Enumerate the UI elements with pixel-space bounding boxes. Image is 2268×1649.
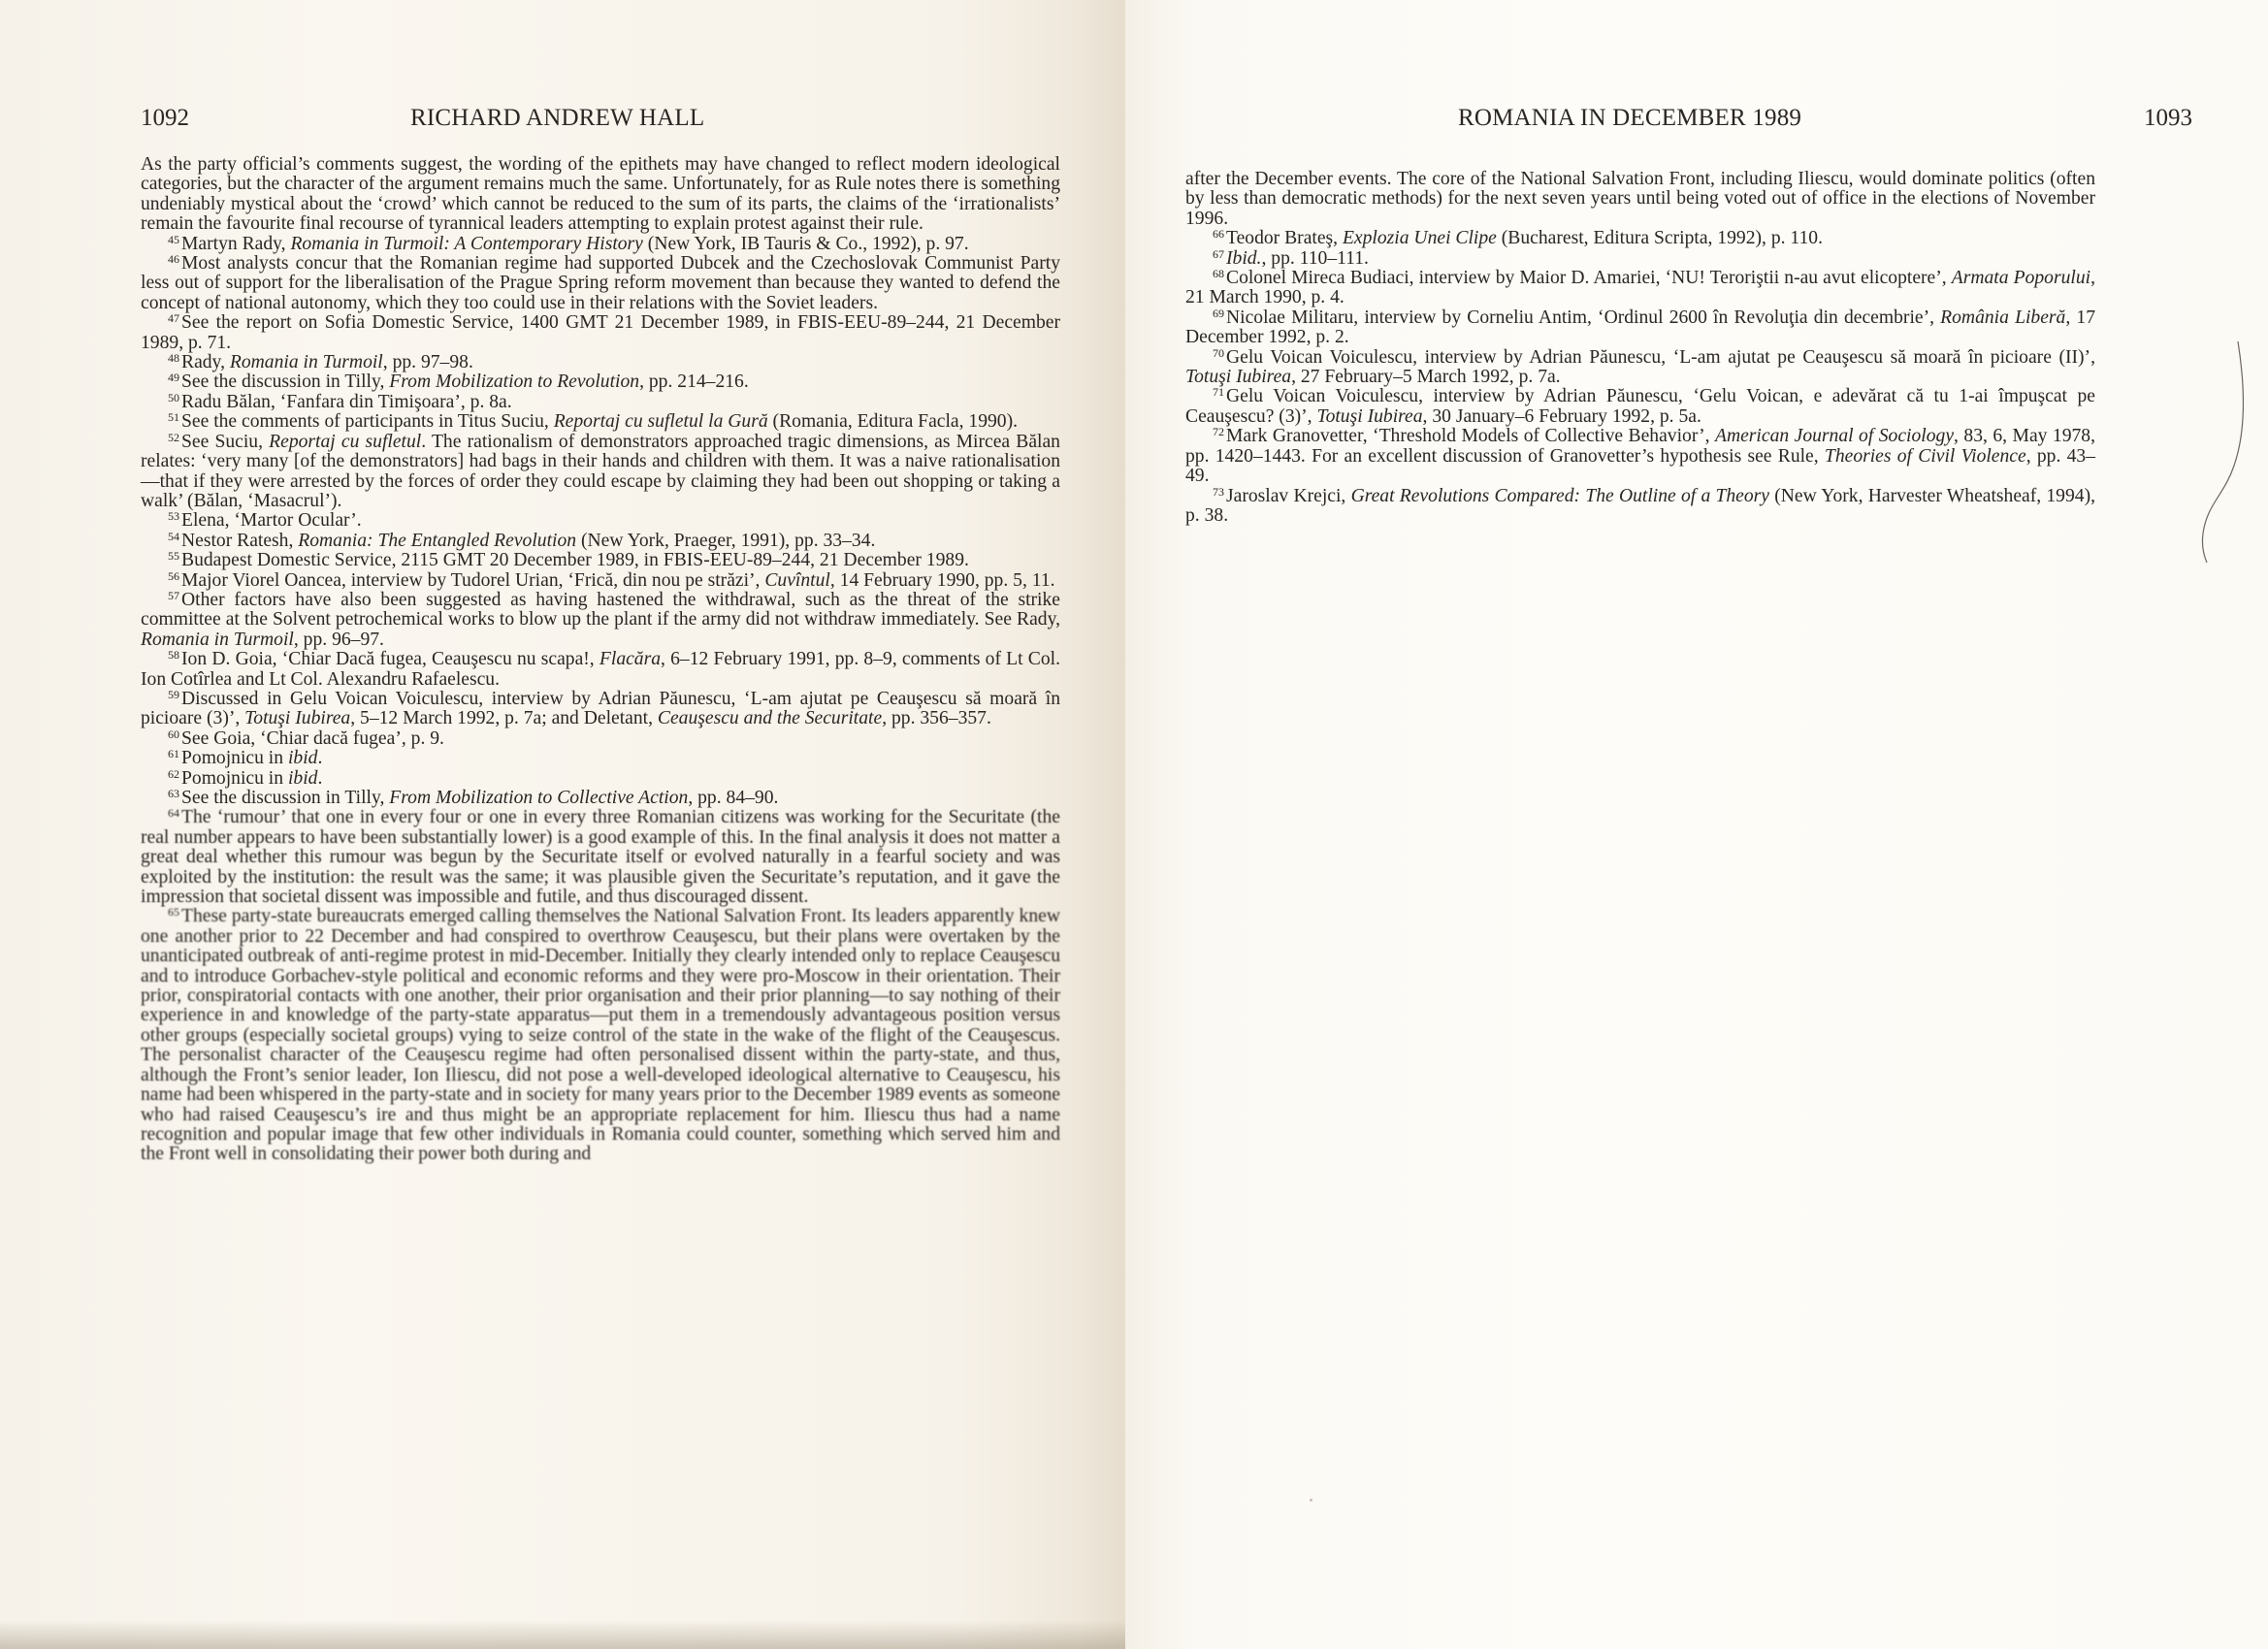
footnote-61: 61Pomojnicu in ibid. [141, 749, 1060, 768]
footnotes-right: 66Teodor Brateş, Explozia Unei Clipe (Bu… [1185, 229, 2095, 526]
footnote-text: , 14 February 1990, pp. 5, 11. [830, 570, 1055, 591]
footnote-55: 55Budapest Domestic Service, 2115 GMT 20… [141, 551, 1060, 570]
footnote-text: (New York, IB Tauris & Co., 1992), p. 97… [643, 234, 969, 254]
footnote-63: 63See the discussion in Tilly, From Mobi… [141, 789, 1060, 808]
footnote-title: From Mobilization to Revolution [389, 372, 639, 392]
footnote-62: 62Pomojnicu in ibid. [141, 769, 1060, 789]
footnote-number: 67 [1213, 247, 1224, 261]
page-number-left: 1092 [141, 105, 189, 132]
footnote-text: Ion D. Goia, ‘Chiar Dacă fugea, Ceauşesc… [181, 649, 599, 669]
footnote-71: 71Gelu Voican Voiculescu, interview by A… [1185, 387, 2095, 427]
footnote-title: Ibid. [1226, 248, 1261, 269]
footnote-text: , pp. 97–98. [383, 352, 473, 372]
footnote-text: Nestor Ratesh, [181, 531, 298, 551]
footnote-48: 48Rady, Romania in Turmoil, pp. 97–98. [141, 353, 1060, 372]
footnote-65: 65These party-state bureaucrats emerged … [141, 907, 1060, 1164]
footnote-text: Nicolae Militaru, interview by Corneliu … [1226, 307, 1940, 328]
footnote-70: 70Gelu Voican Voiculescu, interview by A… [1185, 348, 2095, 388]
footnote-45: 45Martyn Rady, Romania in Turmoil: A Con… [141, 235, 1060, 254]
footnote-number: 52 [168, 431, 179, 444]
footnote-60: 60See Goia, ‘Chiar dacă fugea’, p. 9. [141, 729, 1060, 749]
page-number-right: 1093 [2144, 105, 2192, 132]
footnote-title: Romania in Turmoil [230, 352, 383, 372]
footnote-text: Radu Bălan, ‘Fanfara din Timişoara’, p. … [181, 392, 512, 412]
left-text-block: As the party official’s comments suggest… [141, 155, 1060, 1165]
body-paragraph: As the party official’s comments suggest… [141, 155, 1060, 235]
footnote-number: 63 [168, 787, 179, 800]
footnote-title: Totuşi Iubirea [1316, 406, 1422, 427]
scan-hair-artifact [2197, 339, 2246, 563]
footnote-56: 56Major Viorel Oancea, interview by Tudo… [141, 571, 1060, 591]
footnote-text: (Bucharest, Editura Scripta, 1992), p. 1… [1497, 228, 1823, 248]
footnote-text: See the discussion in Tilly, [181, 788, 389, 808]
footnote-68: 68Colonel Mireca Budiaci, interview by M… [1185, 269, 2095, 308]
footnote-text: , 5–12 March 1992, p. 7a; and Deletant, [350, 708, 658, 728]
footnote-text: (New York, Praeger, 1991), pp. 33–34. [576, 531, 875, 551]
footnote-text: The ‘rumour’ that one in every four or o… [141, 807, 1060, 907]
footnote-number: 64 [168, 806, 179, 820]
footnote-text: Jaroslav Krejci, [1226, 486, 1351, 506]
continuation-paragraph: after the December events. The core of t… [1185, 170, 2095, 229]
footnote-title: American Journal of Sociology [1715, 426, 1954, 446]
footnote-64: 64The ‘rumour’ that one in every four or… [141, 808, 1060, 907]
footnote-number: 56 [168, 569, 179, 583]
footnote-text: See Goia, ‘Chiar dacă fugea’, p. 9. [181, 728, 444, 749]
footnote-title: Romania in Turmoil: A Contemporary Histo… [290, 234, 642, 254]
footnote-text: Colonel Mireca Budiaci, interview by Mai… [1226, 268, 1952, 288]
footnote-text: Martyn Rady, [181, 234, 290, 254]
page-bottom-shadow [0, 1620, 1125, 1649]
footnote-text: Gelu Voican Voiculescu, interview by Adr… [1226, 347, 2095, 368]
footnote-number: 66 [1213, 227, 1224, 241]
footnote-number: 58 [168, 648, 179, 662]
footnote-text: , 30 January–6 February 1992, p. 5a. [1423, 406, 1701, 427]
footnote-text: . [317, 748, 322, 768]
footnote-title: ibid [288, 748, 317, 768]
footnote-title: Romania: The Entangled Revolution [298, 531, 576, 551]
book-spread: 1092 RICHARD ANDREW HALL As the party of… [0, 0, 2268, 1649]
right-text-block: after the December events. The core of t… [1185, 170, 2095, 526]
footnote-title: Ceauşescu and the Securitate [658, 708, 882, 728]
footnote-59: 59Discussed in Gelu Voican Voiculescu, i… [141, 690, 1060, 729]
footnote-number: 70 [1213, 346, 1224, 360]
running-head-author: RICHARD ANDREW HALL [410, 105, 704, 132]
footnote-number: 57 [168, 589, 179, 602]
footnote-title: Armata Poporului [1952, 268, 2090, 288]
footnote-title: Explozia Unei Clipe [1343, 228, 1497, 248]
footnote-title: Totuşi Iubirea [1185, 367, 1291, 387]
footnote-title: ibid [288, 768, 317, 789]
footnote-text: , pp. 110–111. [1261, 248, 1368, 269]
left-page: 1092 RICHARD ANDREW HALL As the party of… [0, 0, 1125, 1649]
footnote-title: Flacăra [599, 649, 661, 669]
footnote-text: , pp. 214–216. [639, 372, 749, 392]
footnote-number: 55 [168, 549, 179, 563]
footnotes-left: 45Martyn Rady, Romania in Turmoil: A Con… [141, 235, 1060, 1165]
footnote-54: 54Nestor Ratesh, Romania: The Entangled … [141, 532, 1060, 551]
footnote-text: Elena, ‘Martor Ocular’. [181, 510, 362, 531]
footnote-text: , pp. 84–90. [688, 788, 778, 808]
footnote-text: Other factors have also been suggested a… [141, 590, 1060, 630]
footnote-title: Cuvîntul [764, 570, 830, 591]
footnote-number: 46 [168, 252, 179, 266]
footnote-53: 53Elena, ‘Martor Ocular’. [141, 511, 1060, 531]
footnote-text: These party-state bureaucrats emerged ca… [141, 906, 1060, 1164]
footnote-text: , pp. 96–97. [294, 630, 384, 650]
footnote-text: See the comments of participants in Titu… [181, 411, 554, 432]
footnote-66: 66Teodor Brateş, Explozia Unei Clipe (Bu… [1185, 229, 2095, 248]
footnote-72: 72Mark Granovetter, ‘Threshold Models of… [1185, 427, 2095, 486]
footnote-number: 50 [168, 391, 179, 404]
footnote-number: 68 [1213, 267, 1224, 280]
footnote-number: 73 [1213, 485, 1224, 499]
scan-speck [1310, 1499, 1312, 1502]
footnote-number: 60 [168, 727, 179, 741]
footnote-text: Teodor Brateş, [1226, 228, 1343, 248]
footnote-69: 69Nicolae Militaru, interview by Corneli… [1185, 308, 2095, 348]
footnote-47: 47See the report on Sofia Domestic Servi… [141, 313, 1060, 353]
footnote-title: Totuşi Iubirea [244, 708, 350, 728]
footnote-text: Pomojnicu in [181, 748, 288, 768]
footnote-number: 62 [168, 767, 179, 781]
footnote-text: (Romania, Editura Facla, 1990). [768, 411, 1018, 432]
footnote-57: 57Other factors have also been suggested… [141, 591, 1060, 650]
footnote-number: 53 [168, 509, 179, 523]
footnote-number: 45 [168, 233, 179, 246]
footnote-number: 69 [1213, 307, 1224, 320]
footnote-number: 65 [168, 905, 179, 919]
footnote-text: See the report on Sofia Domestic Service… [141, 312, 1060, 352]
footnote-text: Major Viorel Oancea, interview by Tudore… [181, 570, 764, 591]
footnote-text: Budapest Domestic Service, 2115 GMT 20 D… [181, 550, 969, 570]
footnote-title: Reportaj cu sufletul la Gură [554, 411, 768, 432]
footnote-title: Theories of Civil Violence [1825, 446, 2026, 467]
footnote-text: , 27 February–5 March 1992, p. 7a. [1291, 367, 1561, 387]
footnote-number: 59 [168, 688, 179, 701]
footnote-text: , pp. 356–357. [882, 708, 991, 728]
footnote-text: . [317, 768, 322, 789]
footnote-number: 61 [168, 747, 179, 760]
footnote-51: 51See the comments of participants in Ti… [141, 412, 1060, 432]
footnote-67: 67Ibid., pp. 110–111. [1185, 249, 2095, 269]
footnote-number: 49 [168, 371, 179, 384]
footnote-number: 51 [168, 410, 179, 424]
footnote-text: See Suciu, [181, 432, 269, 452]
footnote-text: Rady, [181, 352, 230, 372]
footnote-text: Most analysts concur that the Romanian r… [141, 253, 1060, 313]
footnote-52: 52See Suciu, Reportaj cu sufletul. The r… [141, 433, 1060, 512]
footnote-title: Romania in Turmoil [141, 630, 294, 650]
footnote-58: 58Ion D. Goia, ‘Chiar Dacă fugea, Ceauşe… [141, 650, 1060, 690]
footnote-73: 73Jaroslav Krejci, Great Revolutions Com… [1185, 487, 2095, 527]
footnote-title: Great Revolutions Compared: The Outline … [1351, 486, 1769, 506]
footnote-title: Reportaj cu sufletul [269, 432, 421, 452]
footnote-49: 49See the discussion in Tilly, From Mobi… [141, 372, 1060, 392]
footnote-number: 72 [1213, 425, 1224, 438]
footnote-number: 54 [168, 530, 179, 543]
footnote-text: Pomojnicu in [181, 768, 288, 789]
footnote-title: From Mobilization to Collective Action [389, 788, 688, 808]
footnote-number: 48 [168, 351, 179, 365]
footnote-50: 50Radu Bălan, ‘Fanfara din Timişoara’, p… [141, 393, 1060, 412]
footnote-46: 46Most analysts concur that the Romanian… [141, 254, 1060, 313]
footnote-number: 71 [1213, 385, 1224, 399]
running-head-title: ROMANIA IN DECEMBER 1989 [1458, 105, 1801, 132]
footnote-number: 47 [168, 311, 179, 325]
right-page: ROMANIA IN DECEMBER 1989 1093 after the … [1125, 0, 2268, 1649]
footnote-title: România Liberă [1940, 307, 2065, 328]
footnote-text: Mark Granovetter, ‘Threshold Models of C… [1226, 426, 1715, 446]
footnote-text: See the discussion in Tilly, [181, 372, 389, 392]
